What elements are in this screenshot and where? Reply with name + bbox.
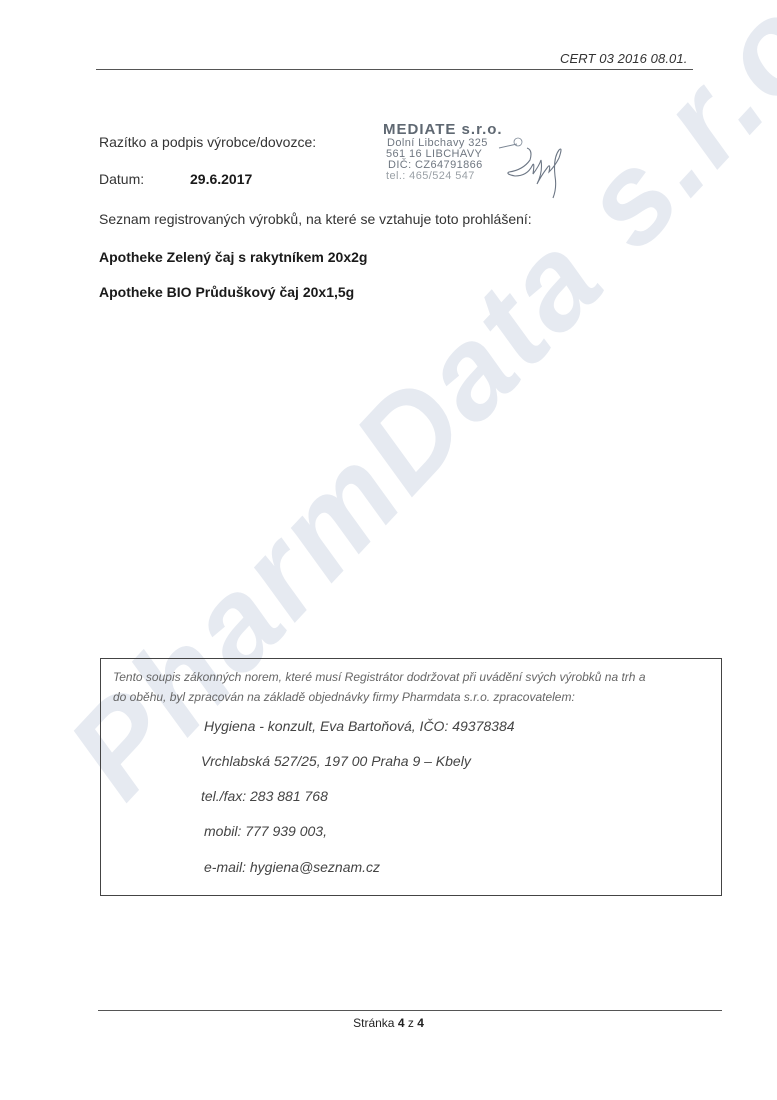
page-of: z [408, 1016, 414, 1030]
footer-divider [98, 1010, 722, 1011]
handwritten-signature-icon [497, 136, 572, 206]
page-current: 4 [398, 1016, 405, 1030]
processor-mobile: mobil: 777 939 003, [204, 823, 327, 839]
product-item: Apotheke BIO Průduškový čaj 20x1,5g [99, 284, 354, 300]
stamp-company: MEDIATE s.r.o. [383, 122, 503, 138]
page-number: Stránka 4 z 4 [0, 1016, 777, 1030]
processor-email: e-mail: hygiena@seznam.cz [204, 859, 380, 875]
date-value: 29.6.2017 [190, 171, 252, 187]
stamp-phone: tel.: 465/524 547 [383, 171, 503, 182]
info-intro-line-1: Tento soupis zákonných norem, které musí… [113, 667, 713, 687]
header-divider [96, 69, 693, 70]
stamp-signature-label: Razítko a podpis výrobce/dovozce: [99, 134, 316, 150]
products-intro: Seznam registrovaných výrobků, na které … [99, 211, 532, 227]
info-box-intro: Tento soupis zákonných norem, které musí… [113, 667, 713, 707]
product-item: Apotheke Zelený čaj s rakytníkem 20x2g [99, 249, 367, 265]
info-intro-line-2: do oběhu, byl zpracován na základě objed… [113, 687, 713, 707]
processor-address: Vrchlabská 527/25, 197 00 Praha 9 – Kbel… [201, 753, 471, 769]
company-stamp: MEDIATE s.r.o. Dolní Libchavy 325 561 16… [383, 122, 503, 182]
processor-name: Hygiena - konzult, Eva Bartoňová, IČO: 4… [204, 718, 515, 734]
date-label: Datum: [99, 171, 144, 187]
processor-phone: tel./fax: 283 881 768 [201, 788, 328, 804]
cert-code: CERT 03 2016 08.01. [560, 51, 687, 66]
page-word: Stránka [353, 1016, 394, 1030]
page-total: 4 [417, 1016, 424, 1030]
